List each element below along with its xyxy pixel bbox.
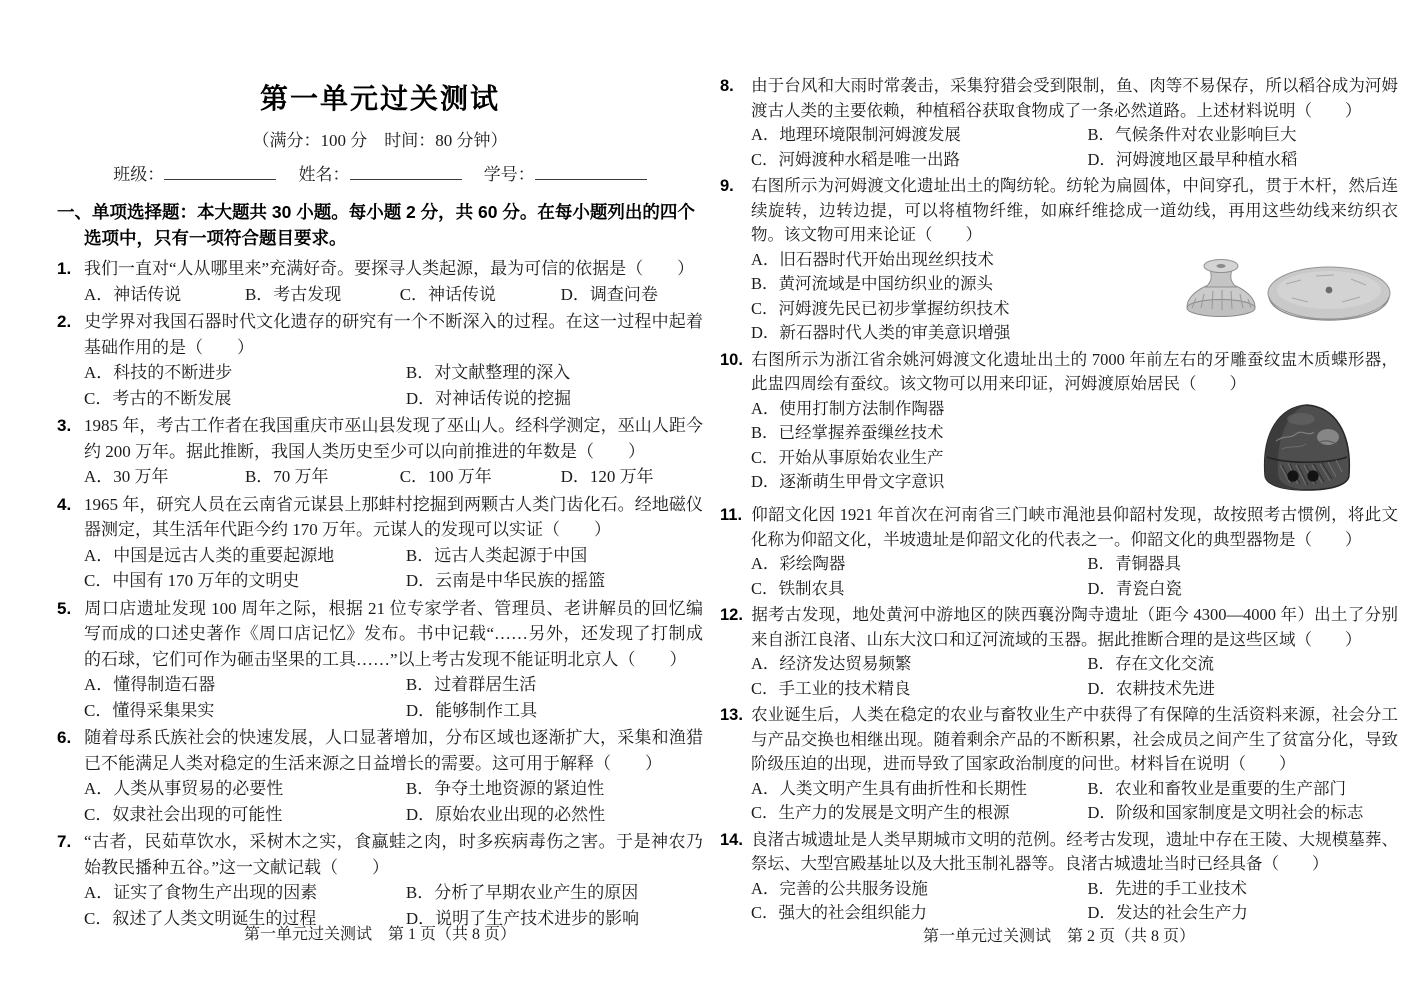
page-footer: 第一单元过关测试 第 2 页（共 8 页）	[720, 925, 1398, 950]
option-d: D．发达的社会生产力	[1087, 901, 1398, 926]
question-stem: 1965 年，研究人员在云南省元谋县上那蚌村挖掘到两颗古人类门齿化石。经地磁仪器…	[84, 495, 703, 540]
question-3: 3.1985 年，考古工作者在我国重庆市巫山县发现了巫山人。经科学测定，巫山人距…	[57, 413, 703, 490]
option-a: A．完善的公共服务设施	[751, 877, 1087, 902]
option-b: B．农业和畜牧业是重要的生产部门	[1087, 777, 1398, 802]
option-c: C．懂得采集果实	[84, 698, 406, 724]
option-c: C．河姆渡先民已初步掌握纺织技术	[751, 297, 1166, 322]
option-b: B．存在文化交流	[1087, 652, 1398, 677]
option-b: B．已经掌握养蚕缫丝技术	[751, 421, 1256, 446]
options: A．30 万年 B．70 万年 C．100 万年 D．120 万年	[57, 464, 703, 490]
option-a: A．人类文明产生具有曲折性和长期性	[751, 777, 1087, 802]
question-6: 6.随着母系氏族社会的快速发展，人口显著增加，分布区域也逐渐扩大，采集和渔猎已不…	[57, 725, 703, 827]
question-stem: 据考古发现，地处黄河中游地区的陕西襄汾陶寺遗址（距今 4300—4000 年）出…	[751, 605, 1398, 649]
question-number: 3.	[57, 413, 84, 439]
question-number: 10.	[720, 348, 751, 373]
option-a: A．人类从事贸易的必要性	[84, 776, 406, 802]
question-number: 6.	[57, 725, 84, 751]
option-d: D．阶级和国家制度是文明社会的标志	[1087, 801, 1398, 826]
question-9: 9.右图所示为河姆渡文化遗址出土的陶纺轮。纺轮为扁圆体，中间穿孔，贯于木杆，然后…	[720, 174, 1398, 346]
question-number: 1.	[57, 256, 84, 282]
student-id-blank-line	[535, 165, 647, 180]
student-info-line: 班级： 姓名： 学号：	[57, 162, 703, 188]
option-c: C．考古的不断发展	[84, 386, 406, 412]
option-b: B．远古人类起源于中国	[406, 543, 703, 569]
option-a: A．30 万年	[84, 464, 245, 490]
option-b: B．70 万年	[245, 464, 400, 490]
question-5: 5.周口店遗址发现 100 周年之际，根据 21 位专家学者、管理员、老讲解员的…	[57, 596, 703, 724]
question-stem: 仰韶文化因 1921 年首次在河南省三门峡市渑池县仰韶村发现，故按照考古惯例，将…	[751, 505, 1398, 549]
question-7: 7.“古者，民茹草饮水，采树木之实，食蠃蛙之肉，时多疾病毒伤之害。于是神农乃始教…	[57, 829, 703, 931]
ivory-carving-photo	[1256, 399, 1358, 502]
option-a: A．中国是远古人类的重要起源地	[84, 543, 406, 569]
option-b: B．对文献整理的深入	[406, 360, 703, 386]
option-c: C．奴隶社会出现的可能性	[84, 802, 406, 828]
option-a: A．旧石器时代开始出现丝织技术	[751, 248, 1166, 273]
question-8: 8.由于台风和大雨时常袭击，采集狩猎会受到限制，鱼、肉等不易保存，所以稻谷成为河…	[720, 74, 1398, 172]
options: A．地理环境限制河姆渡发展 B．气候条件对农业影响巨大 C．河姆渡种水稻是唯一出…	[720, 123, 1398, 172]
options: A．神话传说 B．考古发现 C．神话传说 D．调查问卷	[57, 282, 703, 308]
option-a: A．使用打制方法制作陶器	[751, 397, 1256, 422]
question-stem: “古者，民茹草饮水，采树木之实，食蠃蛙之肉，时多疾病毒伤之害。于是神农乃始教民播…	[84, 832, 703, 877]
name-label: 姓名：	[299, 165, 350, 184]
option-d: D．青瓷白瓷	[1087, 577, 1398, 602]
options: A．使用打制方法制作陶器 B．已经掌握养蚕缫丝技术 C．开始从事原始农业生产 D…	[751, 397, 1256, 495]
option-d: D．能够制作工具	[406, 698, 703, 724]
page-footer: 第一单元过关测试 第 1 页（共 8 页）	[57, 922, 703, 948]
option-b: B．争夺土地资源的紧迫性	[406, 776, 703, 802]
question-number: 9.	[720, 174, 751, 199]
option-d: D．原始农业出现的必然性	[406, 802, 703, 828]
option-d: D．对神话传说的挖掘	[406, 386, 703, 412]
student-id-label: 学号：	[484, 165, 535, 184]
question-number: 13.	[720, 703, 751, 728]
page-2: 8.由于台风和大雨时常袭击，采集狩猎会受到限制，鱼、肉等不易保存，所以稻谷成为河…	[720, 0, 1398, 999]
question-4: 4.1965 年，研究人员在云南省元谋县上那蚌村挖掘到两颗古人类门齿化石。经地磁…	[57, 492, 703, 594]
option-c: C．强大的社会组织能力	[751, 901, 1087, 926]
option-c: C．河姆渡种水稻是唯一出路	[751, 148, 1087, 173]
option-a: A．经济发达贸易频繁	[751, 652, 1087, 677]
class-label: 班级：	[113, 165, 164, 184]
page-1: 第一单元过关测试 （满分：100 分 时间：80 分钟） 班级： 姓名： 学号：…	[57, 0, 703, 999]
class-blank-line	[164, 165, 276, 180]
options: A．旧石器时代开始出现丝织技术 B．黄河流域是中国纺织业的源头 C．河姆渡先民已…	[751, 248, 1166, 346]
option-a: A．懂得制造石器	[84, 672, 406, 698]
option-a: A．证实了食物生产出现的因素	[84, 880, 406, 906]
question-10: 10.右图所示为浙江省余姚河姆渡文化遗址出土的 7000 年前左右的牙雕蚕纹盅木…	[720, 348, 1398, 502]
question-11: 11.仰韶文化因 1921 年首次在河南省三门峡市渑池县仰韶村发现，故按照考古惯…	[720, 503, 1398, 601]
options: A．科技的不断进步 B．对文献整理的深入 C．考古的不断发展 D．对神话传说的挖…	[57, 360, 703, 411]
option-a: A．科技的不断进步	[84, 360, 406, 386]
exam-subtitle: （满分：100 分 时间：80 分钟）	[57, 128, 703, 154]
exam-sheet: 第一单元过关测试 （满分：100 分 时间：80 分钟） 班级： 姓名： 学号：…	[0, 0, 1419, 999]
option-b: B．黄河流域是中国纺织业的源头	[751, 272, 1166, 297]
question-number: 7.	[57, 829, 84, 855]
option-d: D．河姆渡地区最早种植水稻	[1087, 148, 1398, 173]
question-stem: 良渚古城遗址是人类早期城市文明的范例。经考古发现，遗址中存在王陵、大规模墓葬、祭…	[751, 830, 1398, 874]
spindle-whorl-photo	[1166, 250, 1398, 336]
question-stem: 1985 年，考古工作者在我国重庆市巫山县发现了巫山人。经科学测定，巫山人距今约…	[84, 416, 703, 461]
options: A．人类文明产生具有曲折性和长期性 B．农业和畜牧业是重要的生产部门 C．生产力…	[720, 777, 1398, 826]
question-stem: 右图所示为浙江省余姚河姆渡文化遗址出土的 7000 年前左右的牙雕蚕纹盅木质蝶形…	[751, 350, 1398, 394]
question-12: 12.据考古发现，地处黄河中游地区的陕西襄汾陶寺遗址（距今 4300—4000 …	[720, 603, 1398, 701]
option-a: A．神话传说	[84, 282, 245, 308]
option-c: C．开始从事原始农业生产	[751, 446, 1256, 471]
option-c: C．生产力的发展是文明产生的根源	[751, 801, 1087, 826]
question-stem: 农业诞生后，人类在稳定的农业与畜牧业生产中获得了有保障的生活资料来源，社会分工与…	[751, 705, 1398, 773]
question-14: 14.良渚古城遗址是人类早期城市文明的范例。经考古发现，遗址中存在王陵、大规模墓…	[720, 828, 1398, 926]
question-number: 11.	[720, 503, 751, 528]
option-a: A．地理环境限制河姆渡发展	[751, 123, 1087, 148]
option-c: C．铁制农具	[751, 577, 1087, 602]
question-2: 2.史学界对我国石器时代文化遗存的研究有一个不断深入的过程。在这一过程中起着基础…	[57, 309, 703, 411]
option-d: D．云南是中华民族的摇篮	[406, 568, 703, 594]
option-b: B．先进的手工业技术	[1087, 877, 1398, 902]
option-d: D．调查问卷	[561, 282, 703, 308]
question-stem: 右图所示为河姆渡文化遗址出土的陶纺轮。纺轮为扁圆体，中间穿孔，贯于木杆，然后连续…	[751, 176, 1398, 244]
question-stem: 史学界对我国石器时代文化遗存的研究有一个不断深入的过程。在这一过程中起着基础作用…	[84, 312, 703, 357]
question-number: 5.	[57, 596, 84, 622]
question-number: 8.	[720, 74, 751, 99]
option-d: D．新石器时代人类的审美意识增强	[751, 321, 1166, 346]
option-d: D．农耕技术先进	[1087, 677, 1398, 702]
option-c: C．手工业的技术精良	[751, 677, 1087, 702]
question-13: 13.农业诞生后，人类在稳定的农业与畜牧业生产中获得了有保障的生活资料来源，社会…	[720, 703, 1398, 826]
option-b: B．青铜器具	[1087, 552, 1398, 577]
options: A．彩绘陶器 B．青铜器具 C．铁制农具 D．青瓷白瓷	[720, 552, 1398, 601]
question-stem: 我们一直对“人从哪里来”充满好奇。要探寻人类起源，最为可信的依据是（ ）	[84, 259, 694, 278]
question-number: 2.	[57, 309, 84, 335]
option-c: C．中国有 170 万年的文明史	[84, 568, 406, 594]
section-instructions: 一、单项选择题：本大题共 30 小题。每小题 2 分，共 60 分。在每小题列出…	[57, 199, 703, 251]
page-title: 第一单元过关测试	[57, 82, 703, 116]
option-b: B．分析了早期农业产生的原因	[406, 880, 703, 906]
question-stem: 由于台风和大雨时常袭击，采集狩猎会受到限制，鱼、肉等不易保存，所以稻谷成为河姆渡…	[751, 76, 1398, 120]
options: A．完善的公共服务设施 B．先进的手工业技术 C．强大的社会组织能力 D．发达的…	[720, 877, 1398, 926]
question-number: 12.	[720, 603, 751, 628]
options: A．经济发达贸易频繁 B．存在文化交流 C．手工业的技术精良 D．农耕技术先进	[720, 652, 1398, 701]
options: A．人类从事贸易的必要性 B．争夺土地资源的紧迫性 C．奴隶社会出现的可能性 D…	[57, 776, 703, 827]
question-1: 1.我们一直对“人从哪里来”充满好奇。要探寻人类起源，最为可信的依据是（ ） A…	[57, 256, 703, 307]
options: A．中国是远古人类的重要起源地 B．远古人类起源于中国 C．中国有 170 万年…	[57, 543, 703, 594]
option-d: D．逐渐萌生甲骨文字意识	[751, 470, 1256, 495]
option-c: C．100 万年	[400, 464, 561, 490]
question-number: 14.	[720, 828, 751, 853]
option-c: C．神话传说	[400, 282, 561, 308]
option-b: B．气候条件对农业影响巨大	[1087, 123, 1398, 148]
option-b: B．考古发现	[245, 282, 400, 308]
question-stem: 随着母系氏族社会的快速发展，人口显著增加，分布区域也逐渐扩大，采集和渔猎已不能满…	[84, 728, 703, 773]
option-b: B．过着群居生活	[406, 672, 703, 698]
question-number: 4.	[57, 492, 84, 518]
options: A．懂得制造石器 B．过着群居生活 C．懂得采集果实 D．能够制作工具	[57, 672, 703, 723]
question-stem: 周口店遗址发现 100 周年之际，根据 21 位专家学者、管理员、老讲解员的回忆…	[84, 599, 703, 669]
name-blank-line	[350, 165, 462, 180]
option-d: D．120 万年	[561, 464, 703, 490]
option-a: A．彩绘陶器	[751, 552, 1087, 577]
